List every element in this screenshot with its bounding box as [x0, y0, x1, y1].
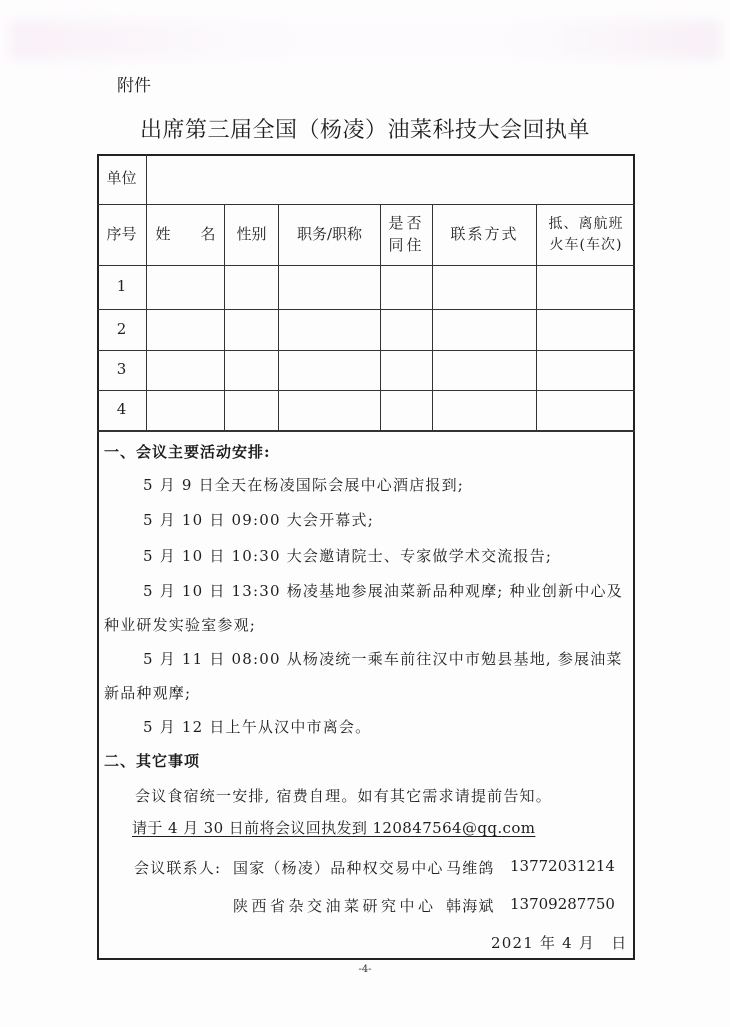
form-date: 2021 年 4 月 日	[491, 932, 627, 953]
table-rule	[97, 390, 635, 391]
activity-line-1: 5 月 9 日全天在杨凌国际会展中心酒店报到;	[143, 474, 464, 495]
row-index-3: 3	[97, 350, 146, 390]
contact-1-org: 国家（杨凌）品种权交易中心	[233, 857, 444, 878]
activity-line-5-cont: 新品种观摩;	[104, 682, 191, 703]
attachment-label: 附件	[117, 71, 151, 96]
activity-line-4-cont: 种业研发实验室参观;	[104, 614, 256, 635]
activity-line-5: 5 月 11 日 08:00 从杨凌统一乘车前往汉中市勉县基地, 参展油菜	[143, 648, 623, 669]
column-header-name: 姓 名	[147, 204, 224, 265]
unit-field[interactable]	[147, 154, 635, 204]
row-index-4: 4	[97, 390, 146, 430]
section-activities-heading: 一、会议主要活动安排:	[104, 441, 271, 462]
table-rule	[97, 430, 635, 432]
scan-background-haze	[10, 20, 720, 60]
column-header-share-room: 是否 同住	[381, 204, 432, 265]
document-title: 出席第三届全国（杨凌）油菜科技大会回执单	[0, 113, 730, 144]
table-rule	[97, 265, 635, 266]
section-other-heading: 二、其它事项	[104, 750, 200, 771]
table-rule	[97, 309, 635, 310]
row-index-1: 1	[97, 265, 146, 309]
column-header-gender: 性别	[225, 204, 278, 265]
activity-line-2: 5 月 10 日 09:00 大会开幕式;	[143, 509, 374, 530]
contact-2-org: 陕西省杂交油菜研究中心	[233, 895, 437, 916]
activity-line-4: 5 月 10 日 13:30 杨凌基地参展油菜新品种观摩; 种业创新中心及	[143, 580, 623, 601]
column-header-contact: 联系方式	[433, 204, 536, 265]
lodging-note: 会议食宿统一安排, 宿费自理。如有其它需求请提前告知。	[135, 785, 552, 806]
activity-line-3: 5 月 10 日 10:30 大会邀请院士、专家做学术交流报告;	[143, 545, 552, 566]
column-header-position: 职务/职称	[279, 204, 380, 265]
deadline-email-link[interactable]: 请于 4 月 30 日前将会议回执发到 120847564@qq.com	[132, 817, 535, 838]
column-header-index: 序号	[97, 204, 146, 265]
unit-label: 单位	[97, 154, 146, 204]
contact-2-name: 韩海斌	[446, 895, 495, 916]
contact-2-phone: 13709287750	[510, 895, 615, 913]
table-rule	[97, 350, 635, 351]
contact-1-phone: 13772031214	[510, 857, 615, 875]
row-index-2: 2	[97, 309, 146, 350]
contact-1-name: 马维鸽	[446, 857, 495, 878]
contacts-label: 会议联系人:	[134, 857, 221, 878]
page-number: -4-	[0, 964, 730, 975]
activity-line-6: 5 月 12 日上午从汉中市离会。	[143, 716, 371, 737]
column-header-transport: 抵、离航班 火车(车次)	[537, 204, 635, 265]
